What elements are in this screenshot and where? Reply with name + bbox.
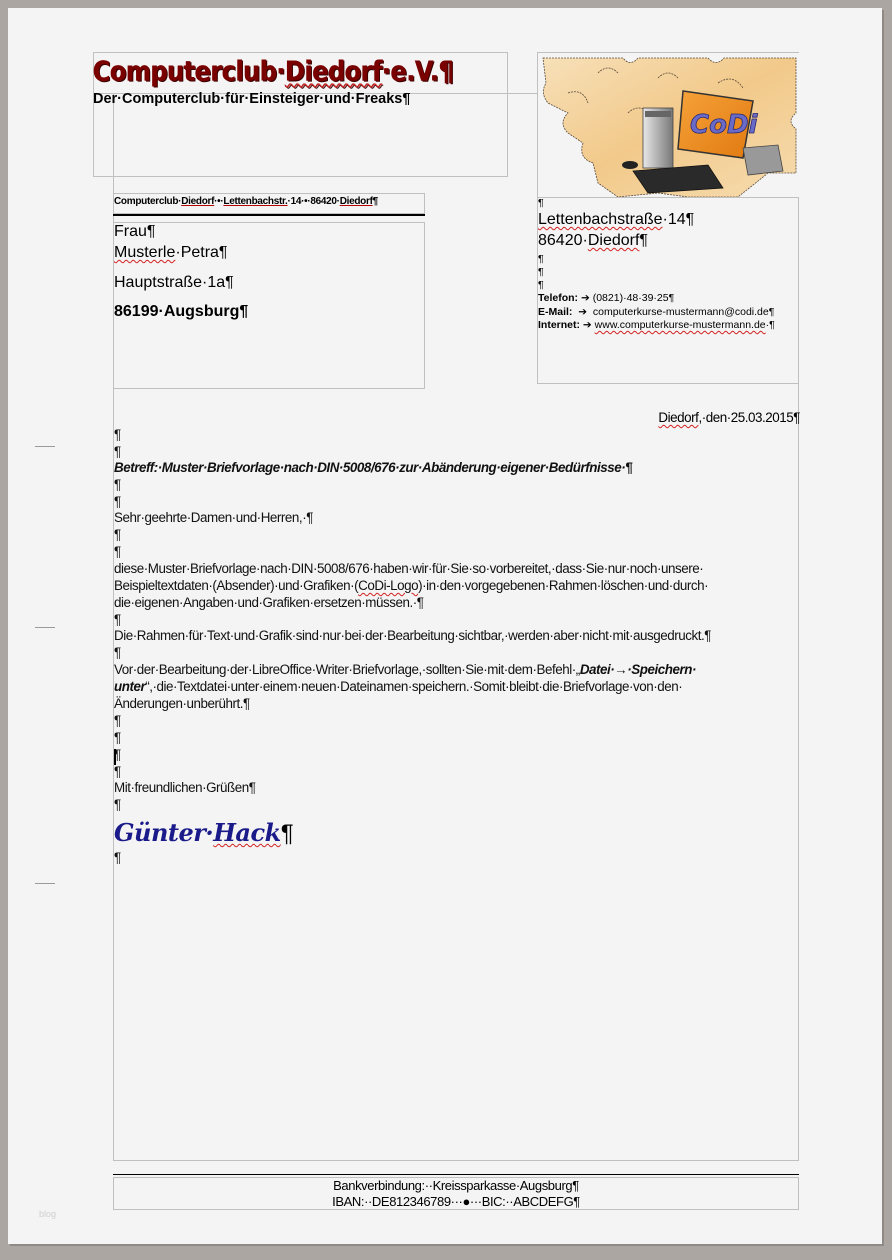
text-boundary-bottom	[113, 1160, 799, 1161]
footer-rule	[113, 1174, 799, 1175]
footer-bank: Bankverbindung:··Kreissparkasse·Augsburg…	[114, 1178, 798, 1193]
website-link[interactable]: www.computerkurse-mustermann.de	[595, 319, 766, 331]
sender-line-rule	[113, 214, 425, 216]
empty-paragraph: ¶	[114, 764, 121, 781]
arrow-right-icon: ➔	[583, 319, 592, 331]
empty-paragraph: ¶	[114, 494, 121, 511]
club-tagline[interactable]: Der·Computerclub·für·Einsteiger·und·Frea…	[93, 91, 410, 107]
empty-paragraph: ¶	[114, 444, 121, 461]
greeting[interactable]: Sehr·geehrte·Damen·und·Herren,·¶	[114, 510, 313, 527]
pilcrow: ¶	[538, 253, 544, 265]
text-cursor	[114, 749, 116, 765]
empty-paragraph: ¶	[114, 477, 121, 494]
empty-paragraph: ¶	[114, 850, 121, 867]
codi-logo-image[interactable]: CoDi	[538, 53, 799, 197]
arrow-right-icon: ➔	[578, 306, 587, 318]
svg-text:CoDi: CoDi	[690, 110, 759, 140]
punch-mark	[35, 627, 55, 628]
empty-paragraph: ¶	[114, 797, 121, 814]
fold-mark	[35, 883, 55, 884]
closing[interactable]: Mit·freundlichen·Grüßen¶	[114, 780, 256, 797]
empty-paragraph: ¶	[114, 612, 121, 629]
sender-phone[interactable]: Telefon: ➔ (0821)·48·39·25¶	[538, 292, 674, 304]
empty-paragraph: ¶	[114, 527, 121, 544]
sender-info-divider	[537, 197, 799, 198]
recipient-city[interactable]: 86199·Augsburg¶	[114, 303, 248, 321]
sender-website[interactable]: Internet: ➔ www.computerkurse-mustermann…	[538, 319, 775, 331]
body-paragraph-2[interactable]: Die·Rahmen·für·Text·und·Grafik·sind·nur·…	[114, 628, 711, 645]
sender-city[interactable]: 86420·Diedorf¶	[538, 232, 648, 250]
puzzle-logo-icon: CoDi	[538, 53, 799, 197]
recipient-salutation[interactable]: Frau¶	[114, 223, 156, 241]
pilcrow: ¶	[538, 197, 544, 209]
empty-paragraph: ¶	[114, 713, 121, 730]
empty-paragraph: ¶	[114, 544, 121, 561]
body-paragraph-1-line-1[interactable]: diese·Muster·Briefvorlage·nach·DIN·5008/…	[114, 561, 703, 578]
letter-date[interactable]: Diedorf,·den·25.03.2015¶	[658, 410, 800, 425]
sender-street[interactable]: Lettenbachstraße·14¶	[538, 211, 694, 229]
body-paragraph-3-line-1[interactable]: Vor·der·Bearbeitung·der·LibreOffice·Writ…	[114, 662, 696, 679]
body-paragraph-1-line-3[interactable]: die·eigenen·Angaben·und·Grafiken·ersetze…	[114, 595, 424, 612]
sender-email[interactable]: E-Mail: ➔ computerkurse-mustermann@codi.…	[538, 306, 774, 318]
footer-iban-bic: IBAN:··DE812346789···●···BIC:··ABCDEFG¶	[114, 1194, 798, 1209]
watermark: blog	[39, 1209, 56, 1219]
footer-frame[interactable]: Bankverbindung:··Kreissparkasse·Augsburg…	[113, 1177, 799, 1210]
fold-mark	[35, 446, 55, 447]
body-paragraph-3-line-2[interactable]: unter“,·die·Textdatei·unter·einem·neuen·…	[114, 679, 682, 696]
pilcrow: ¶	[538, 279, 544, 291]
sender-return-address[interactable]: Computerclub·Diedorf·•·Lettenbachstr.·14…	[114, 196, 378, 207]
empty-paragraph: ¶	[114, 645, 121, 662]
empty-paragraph: ¶	[114, 730, 121, 747]
text-boundary-right	[798, 383, 799, 1161]
body-paragraph-1-line-2[interactable]: Beispieltextdaten·(Absender)·und·Grafike…	[114, 578, 708, 595]
body-paragraph-3-line-3[interactable]: Änderungen·unberührt.¶	[114, 696, 250, 713]
signature[interactable]: Günter·Hack¶	[114, 818, 293, 848]
club-name-heading[interactable]: Computerclub·Diedorf·e.V.¶	[93, 55, 454, 87]
pilcrow: ¶	[538, 266, 544, 278]
subject-line[interactable]: Betreff:·Muster·Briefvorlage·nach·DIN·50…	[114, 460, 632, 477]
recipient-name[interactable]: Musterle·Petra¶	[114, 244, 228, 262]
arrow-right-icon: ➔	[581, 292, 590, 304]
recipient-street[interactable]: Hauptstraße·1a¶	[114, 274, 234, 292]
empty-paragraph: ¶	[114, 427, 121, 444]
